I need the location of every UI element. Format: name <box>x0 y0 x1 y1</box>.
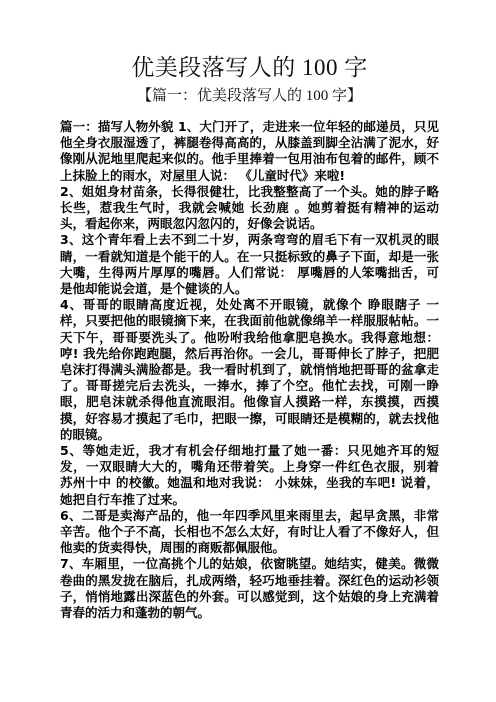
document-subtitle: 【篇一：优美段落写人的 100 字】 <box>60 86 439 107</box>
paragraph-7: 7、车厢里，一位高挑个儿的姑娘，依窗眺望。她结实，健美。微微卷曲的黑发拢在脑后，… <box>60 556 439 621</box>
paragraph-6: 6、二哥是卖海产品的，他一年四季风里来雨里去，起早贪黑，非常辛苦。他个子不高，长… <box>60 508 439 557</box>
paragraph-5: 5、等她走近，我才有机会仔细地打量了她一番：只见她齐耳的短发，一双眼睛大大的，嘴… <box>60 443 439 508</box>
paragraph-2: 2、姐姐身材苗条，长得很健壮，比我整整高了一个头。她的脖子略长些，惹我生气时，我… <box>60 184 439 233</box>
paragraph-4: 4、哥哥的眼睛高度近视，处处离不开眼镜，就像个 睁眼瞎子 一样，只要把他的眼镜摘… <box>60 297 439 443</box>
paragraph-3: 3、这个青年看上去不到二十岁，两条弯弯的眉毛下有一双机灵的眼睛，一看就知道是个能… <box>60 232 439 297</box>
document-body: 篇一：描写人物外貌 1、大门开了，走进来一位年轻的邮递员，只见他全身衣服湿透了，… <box>60 119 439 621</box>
document-title: 优美段落写人的 100 字 <box>60 52 439 84</box>
document-page: 优美段落写人的 100 字 【篇一：优美段落写人的 100 字】 篇一：描写人物… <box>0 0 496 702</box>
paragraph-1: 篇一：描写人物外貌 1、大门开了，走进来一位年轻的邮递员，只见他全身衣服湿透了，… <box>60 119 439 184</box>
